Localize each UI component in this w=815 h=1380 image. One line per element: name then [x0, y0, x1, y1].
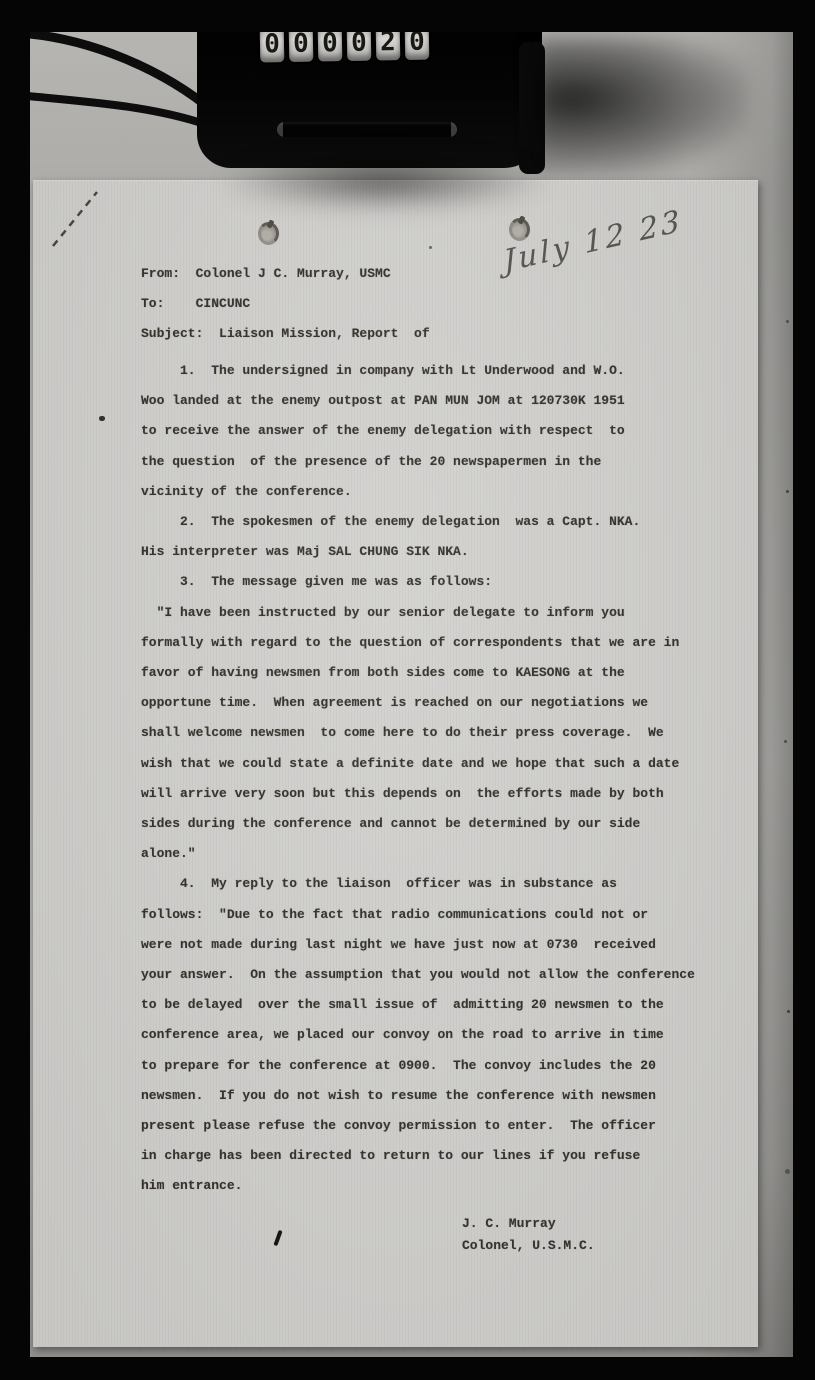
ink-speck [429, 246, 432, 249]
signature-block: J. C. Murray Colonel, U.S.M.C. [462, 1213, 595, 1257]
memo-header-line-subject: Subject: Liaison Mission, Report of [141, 319, 430, 349]
signature-name-line: J. C. Murray [462, 1213, 595, 1235]
memo-body-line: follows: "Due to the fact that radio com… [141, 900, 695, 930]
counter-digit: 0 [260, 27, 285, 62]
memo-body-line: were not made during last night we have … [141, 930, 695, 960]
pen-scratch-mark [43, 182, 107, 254]
handwritten-date: July 12 23 [502, 195, 719, 280]
film-edge-right [793, 0, 815, 1380]
memo-body: 1. The undersigned in company with Lt Un… [141, 356, 695, 1202]
memo-body-line: 1. The undersigned in company with Lt Un… [141, 356, 695, 386]
memo-body-line: alone." [141, 839, 695, 869]
memo-body-line: His interpreter was Maj SAL CHUNG SIK NK… [141, 537, 695, 567]
memo-body-line: vicinity of the conference. [141, 477, 695, 507]
counter-reset-slot [277, 122, 457, 137]
microfilm-frame: 0 0 0 0 2 0 July 12 23 From: Colonel J C… [0, 0, 815, 1380]
memo-body-line: sides during the conference and cannot b… [141, 809, 695, 839]
memo-body-line: your answer. On the assumption that you … [141, 960, 695, 990]
signature-title-line: Colonel, U.S.M.C. [462, 1235, 595, 1257]
memo-body-line: 3. The message given me was as follows: [141, 567, 695, 597]
fastener-hole-right [509, 218, 530, 241]
film-edge-top [0, 0, 815, 32]
memo-body-line: 4. My reply to the liaison officer was i… [141, 869, 695, 899]
ink-speck [99, 416, 105, 421]
dust-specks [786, 320, 789, 323]
memo-body-line: present please refuse the convoy permiss… [141, 1111, 695, 1141]
memo-body-line: shall welcome newsmen to come here to do… [141, 718, 695, 748]
memo-header-line-to: To: CINCUNC [141, 289, 430, 319]
memo-body-line: the question of the presence of the 20 n… [141, 447, 695, 477]
film-edge-left [0, 0, 30, 1380]
memo-body-line: in charge has been directed to return to… [141, 1141, 695, 1171]
memo-body-line: wish that we could state a definite date… [141, 749, 695, 779]
memo-body-line: "I have been instructed by our senior de… [141, 598, 695, 628]
memo-body-line: to be delayed over the small issue of ad… [141, 990, 695, 1020]
document-page: July 12 23 From: Colonel J C. Murray, US… [33, 180, 758, 1347]
memo-body-line: formally with regard to the question of … [141, 628, 695, 658]
fastener-hole-left [258, 222, 279, 245]
pen-slash-mark [273, 1230, 282, 1246]
device-shadow [534, 36, 749, 176]
memo-body-line: newsmen. If you do not wish to resume th… [141, 1081, 695, 1111]
memo-header-line-from: From: Colonel J C. Murray, USMC [141, 259, 430, 289]
memo-body-line: to receive the answer of the enemy deleg… [141, 416, 695, 446]
memo-body-line: favor of having newsmen from both sides … [141, 658, 695, 688]
film-edge-bottom [0, 1357, 815, 1380]
memo-body-line: Woo landed at the enemy outpost at PAN M… [141, 386, 695, 416]
memo-body-line: opportune time. When agreement is reache… [141, 688, 695, 718]
memo-header: From: Colonel J C. Murray, USMC To: CINC… [141, 259, 430, 349]
memo-body-line: him entrance. [141, 1171, 695, 1201]
memo-body-line: to prepare for the conference at 0900. T… [141, 1051, 695, 1081]
memo-body-line: 2. The spokesmen of the enemy delegation… [141, 507, 695, 537]
memo-body-line: conference area, we placed our convoy on… [141, 1020, 695, 1050]
memo-body-line: will arrive very soon but this depends o… [141, 779, 695, 809]
